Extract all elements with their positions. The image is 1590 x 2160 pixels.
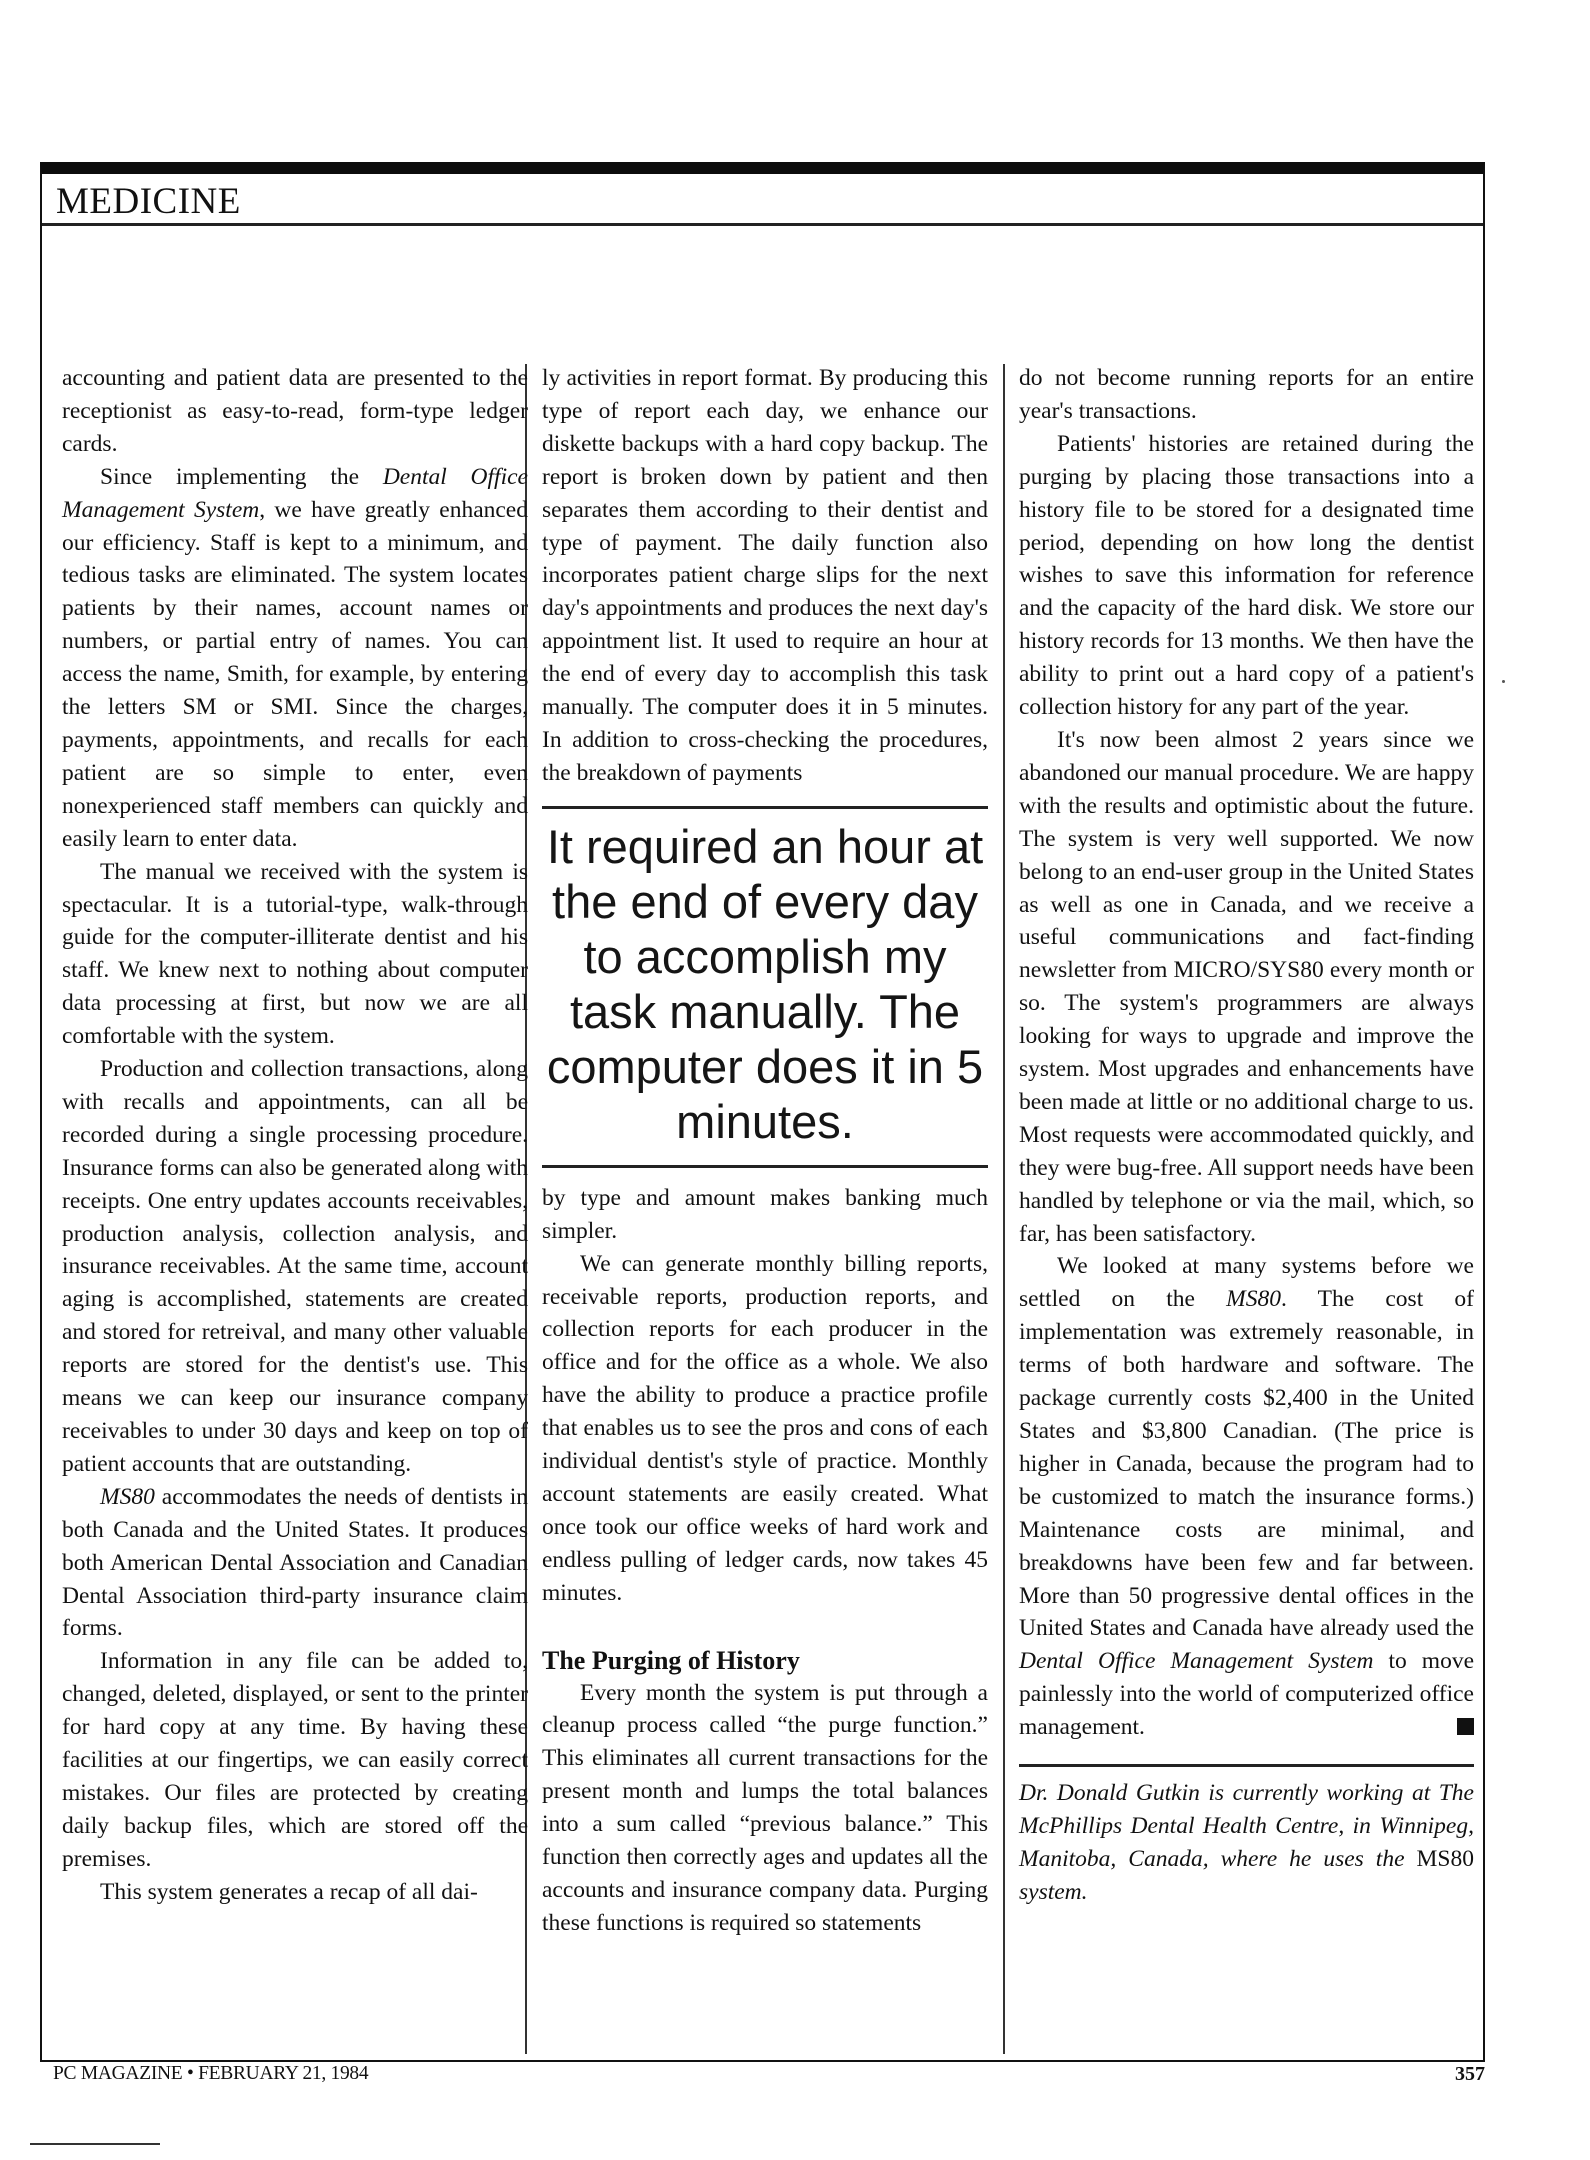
column-divider-2	[1003, 364, 1005, 2054]
paragraph: do not become running reports for an ent…	[1019, 362, 1474, 428]
column-2-lead: ly activities in report format. By produ…	[542, 362, 988, 790]
paragraph: The manual we received with the system i…	[62, 856, 528, 1053]
paragraph: Patients' histories are retained during …	[1019, 428, 1474, 724]
paragraph: We can generate monthly billing reports,…	[542, 1248, 988, 1610]
paragraph: Production and collection transactions, …	[62, 1053, 528, 1481]
scan-speck	[1502, 680, 1505, 683]
end-mark-icon	[1457, 1718, 1474, 1735]
paragraph: accounting and patient data are presente…	[62, 362, 528, 461]
paragraph: Since implementing the Dental Office Man…	[62, 461, 528, 856]
paragraph: This system generates a recap of all dai…	[62, 1876, 528, 1909]
article-column-3: do not become running reports for an ent…	[1019, 362, 1474, 1909]
column-2-purging-section: Every month the system is put through a …	[542, 1677, 988, 1940]
bottom-rule	[30, 2143, 160, 2145]
paragraph: ly activities in report format. By produ…	[542, 362, 988, 790]
paragraph: Information in any file can be added to,…	[62, 1645, 528, 1875]
section-title: MEDICINE	[56, 180, 241, 223]
article-column-1: accounting and patient data are presente…	[62, 362, 528, 1909]
paragraph: We looked at many systems before we sett…	[1019, 1250, 1474, 1744]
column-3-body: do not become running reports for an ent…	[1019, 362, 1474, 1744]
author-bio: Dr. Donald Gutkin is currently working a…	[1019, 1764, 1474, 1909]
paragraph: MS80 accommodates the needs of dentists …	[62, 1481, 528, 1646]
section-header: MEDICINE	[42, 174, 1483, 226]
subheading: The Purging of History	[542, 1644, 988, 1677]
page-number: 357	[1455, 2063, 1485, 2086]
article-frame: MEDICINE accounting and patient data are…	[40, 162, 1485, 2062]
pull-quote: It required an hour at the end of every …	[542, 806, 988, 1168]
column-2-continued: by type and amount makes banking much si…	[542, 1182, 988, 1610]
footer-publication-date: PC MAGAZINE • FEBRUARY 21, 1984	[53, 2063, 368, 2085]
paragraph: Every month the system is put through a …	[542, 1677, 988, 1940]
paragraph: It's now been almost 2 years since we ab…	[1019, 724, 1474, 1251]
paragraph: by type and amount makes banking much si…	[542, 1182, 988, 1248]
article-column-2: ly activities in report format. By produ…	[542, 362, 988, 1940]
